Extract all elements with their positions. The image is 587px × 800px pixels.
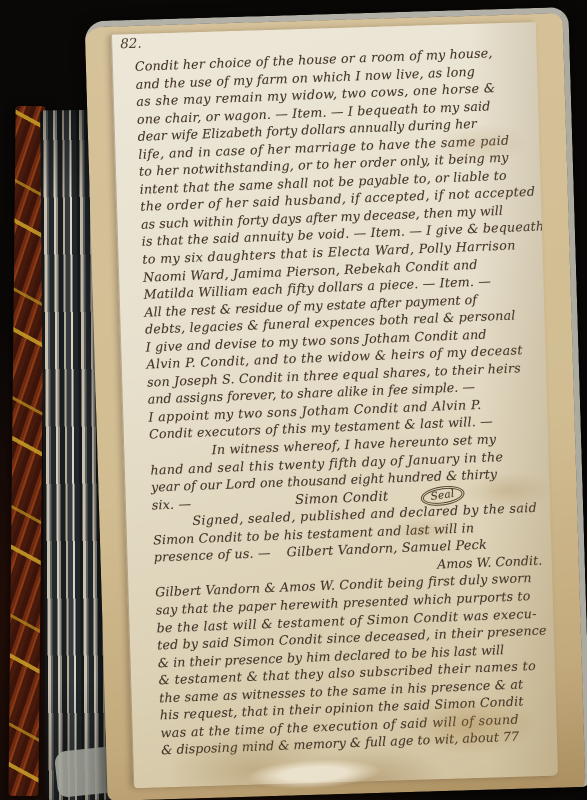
page-number: 82. [120, 36, 142, 53]
line-text: six. — [152, 496, 192, 513]
manuscript-sheet: 82. Condit her choice of the house or a … [111, 22, 558, 788]
open-page: 82. Condit her choice of the house or a … [85, 7, 587, 800]
line-text: presence of us. — [154, 545, 271, 564]
book-photo: 82. Condit her choice of the house or a … [0, 0, 587, 800]
manuscript-text: Condit her choice of the house or a room… [135, 43, 558, 760]
